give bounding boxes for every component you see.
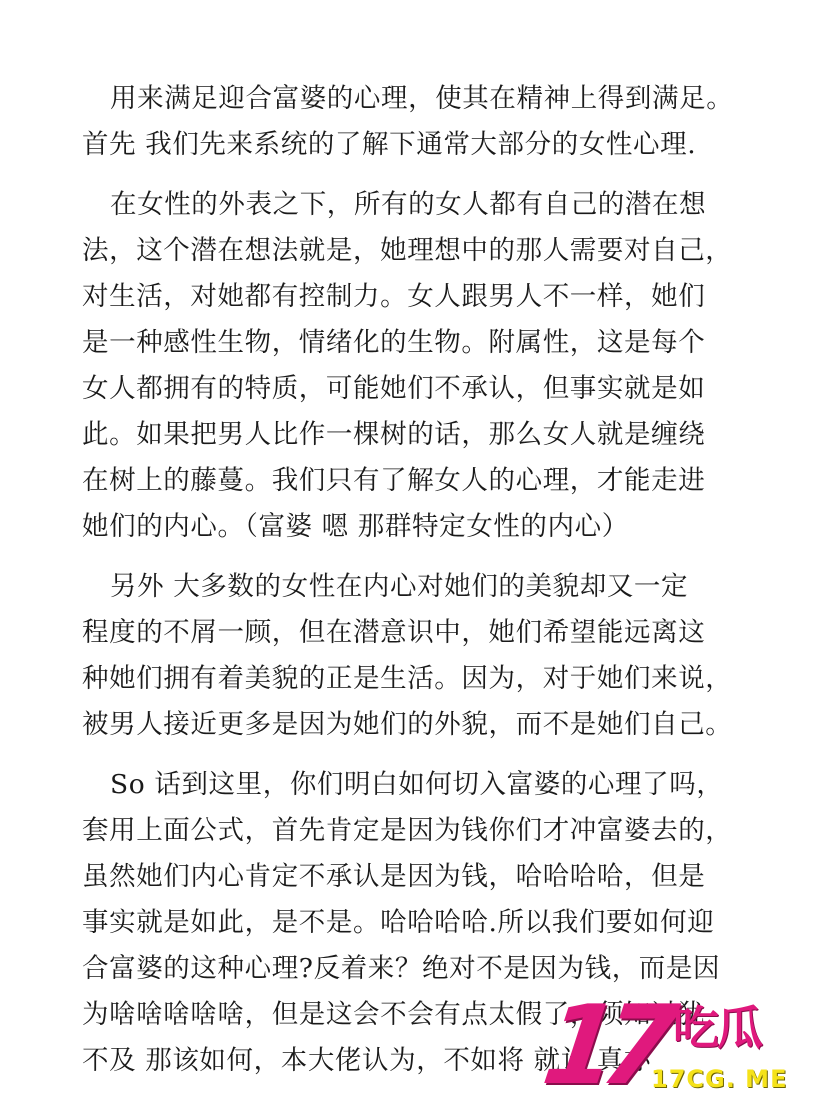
text-line: 事实就是如此，是不是。哈哈哈哈.所以我们要如何迎: [82, 900, 746, 946]
paragraph-2: 在女性的外表之下，所有的女人都有自己的潜在想 法，这个潜在想法就是，她理想中的那…: [82, 182, 746, 550]
watermark-number: 17: [538, 993, 669, 1098]
text-line: 在树上的藤蔓。我们只有了解女人的心理，才能走进: [82, 458, 746, 504]
text-line: So 话到这里，你们明白如何切入富婆的心理了吗，: [82, 762, 746, 808]
text-line: 她们的内心。（富婆 嗯 那群特定女性的内心）: [82, 504, 746, 550]
text-line: 被男人接近更多是因为她们的外貌，而不是她们自己。: [82, 702, 746, 748]
text-line: 女人都拥有的特质，可能她们不承认，但事实就是如: [82, 366, 746, 412]
text-line: 此。如果把男人比作一棵树的话，那么女人就是缠绕: [82, 412, 746, 458]
paragraph-1: 用来满足迎合富婆的心理，使其在精神上得到满足。 首先 我们先来系统的了解下通常大…: [82, 76, 746, 168]
document-page: 用来满足迎合富婆的心理，使其在精神上得到满足。 首先 我们先来系统的了解下通常大…: [82, 76, 746, 1098]
text-line: 用来满足迎合富婆的心理，使其在精神上得到满足。: [82, 76, 746, 122]
text-line: 套用上面公式，首先肯定是因为钱你们才冲富婆去的，: [82, 808, 746, 854]
paragraph-3: 另外 大多数的女性在内心对她们的美貌却又一定 程度的不屑一顾，但在潜意识中，她们…: [82, 564, 746, 748]
text-line: 对生活，对她都有控制力。女人跟男人不一样，她们: [82, 274, 746, 320]
text-line: 虽然她们内心肯定不承认是因为钱，哈哈哈哈，但是: [82, 854, 746, 900]
text-line: 程度的不屑一顾，但在潜意识中，她们希望能远离这: [82, 610, 746, 656]
text-line: 是一种感性生物，情绪化的生物。附属性，这是每个: [82, 320, 746, 366]
watermark-url: 17CG. ME: [651, 1065, 787, 1093]
text-line: 首先 我们先来系统的了解下通常大部分的女性心理.: [82, 122, 746, 168]
text-line: 种她们拥有着美貌的正是生活。因为，对于她们来说，: [82, 656, 746, 702]
text-line: 另外 大多数的女性在内心对她们的美貌却又一定: [82, 564, 746, 610]
text-line: 法，这个潜在想法就是，她理想中的那人需要对自己，: [82, 228, 746, 274]
text-line: 在女性的外表之下，所有的女人都有自己的潜在想: [82, 182, 746, 228]
watermark-logo: 17 吃瓜 17CG. ME: [543, 995, 813, 1095]
watermark-chinese: 吃瓜: [673, 1003, 761, 1053]
